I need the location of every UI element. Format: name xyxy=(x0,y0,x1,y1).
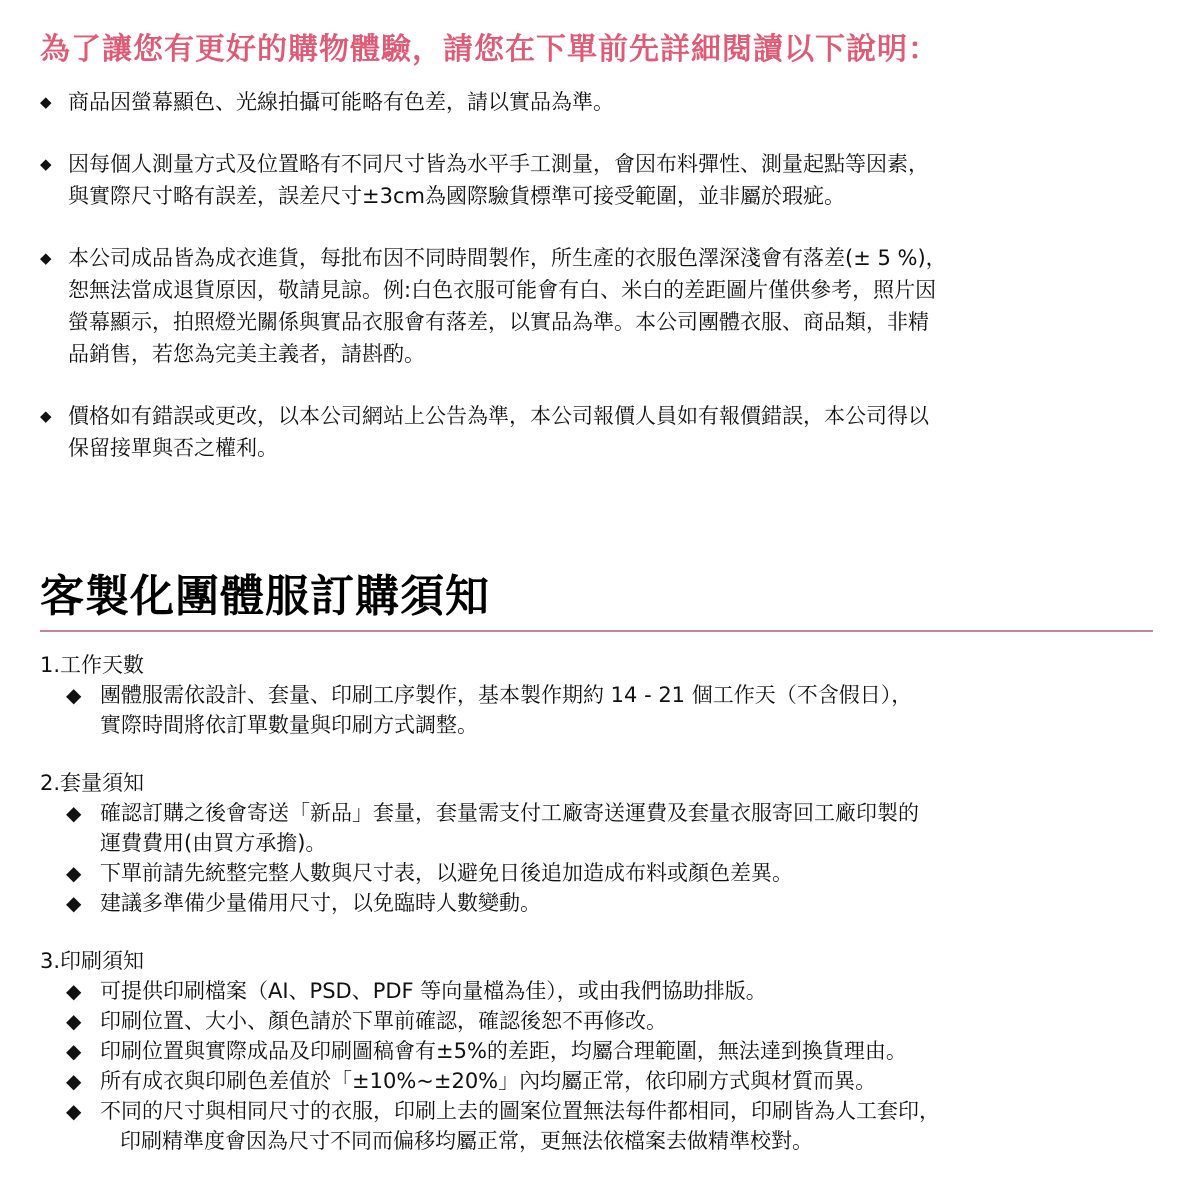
notice-text: 本公司成品皆為成衣進貨，每批布因不同時間製作，所生產的衣服色澤深淺會有落差(± … xyxy=(68,242,1150,274)
group-item: ◆ 印刷位置與實際成品及印刷圖稿會有±5%的差距，均屬合理範圍，無法達到換貨理由… xyxy=(40,1036,1150,1066)
notice-item-measurement: ◆ 因每個人測量方式及位置略有不同尺寸皆為水平手工測量，會因布料彈性、測量起點等… xyxy=(40,148,1150,212)
group-working-days: 1.工作天數 ◆ 團體服需依設計、套量、印刷工序製作，基本製作期約 14 - 2… xyxy=(40,650,1150,740)
group-item-text: 可提供印刷檔案（AI、PSD、PDF 等向量檔為佳），或由我們協助排版。 xyxy=(100,976,1150,1006)
notice-item-color: ◆ 商品因螢幕顯色、光線拍攝可能略有色差，請以實品為準。 xyxy=(40,86,1150,118)
group-item: ◆ 建議多準備少量備用尺寸，以免臨時人數變動。 xyxy=(40,888,1150,918)
group-item: ◆ 所有成衣與印刷色差值於「±10%~±20%」內均屬正常，依印刷方式與材質而異… xyxy=(40,1066,1150,1096)
group-item-text: 下單前請先統整完整人數與尺寸表，以避免日後追加造成布料或顏色差異。 xyxy=(100,858,1150,888)
diamond-bullet-icon: ◆ xyxy=(40,86,52,118)
group-title: 2.套量須知 xyxy=(40,768,1150,798)
group-item-text: 印刷精準度會因為尺寸不同而偏移均屬正常，更無法依檔案去做精準校對。 xyxy=(100,1126,1150,1156)
diamond-bullet-icon: ◆ xyxy=(40,148,52,180)
group-item: ◆ 確認訂購之後會寄送「新品」套量，套量需支付工廠寄送運費及套量衣服寄回工廠印製… xyxy=(40,798,1150,858)
group-item: ◆ 不同的尺寸與相同尺寸的衣服，印刷上去的圖案位置無法每件都相同，印刷皆為人工套… xyxy=(40,1096,1150,1156)
notice-text: 品銷售，若您為完美主義者，請斟酌。 xyxy=(68,338,1150,370)
notice-text: 價格如有錯誤或更改，以本公司網站上公告為準，本公司報價人員如有報價錯誤，本公司得… xyxy=(68,400,1150,432)
group-title: 1.工作天數 xyxy=(40,650,1150,680)
notice-text: 螢幕顯示，拍照燈光關係與實品衣服會有落差，以實品為準。本公司團體衣服、商品類，非… xyxy=(68,306,1150,338)
group-item: ◆ 下單前請先統整完整人數與尺寸表，以避免日後追加造成布料或顏色差異。 xyxy=(40,858,1150,888)
diamond-bullet-icon: ◆ xyxy=(66,888,81,918)
notice-text: 因每個人測量方式及位置略有不同尺寸皆為水平手工測量，會因布料彈性、測量起點等因素… xyxy=(68,148,1150,180)
group-item-text: 實際時間將依訂單數量與印刷方式調整。 xyxy=(100,710,1150,740)
group-item-text: 所有成衣與印刷色差值於「±10%~±20%」內均屬正常，依印刷方式與材質而異。 xyxy=(100,1066,1150,1096)
group-item-text: 團體服需依設計、套量、印刷工序製作，基本製作期約 14 - 21 個工作天（不含… xyxy=(100,680,1150,710)
group-item-text: 確認訂購之後會寄送「新品」套量，套量需支付工廠寄送運費及套量衣服寄回工廠印製的 xyxy=(100,798,1150,828)
notice-title: 為了讓您有更好的購物體驗，請您在下單前先詳細閱讀以下說明： xyxy=(40,24,939,68)
group-item: ◆ 團體服需依設計、套量、印刷工序製作，基本製作期約 14 - 21 個工作天（… xyxy=(40,680,1150,740)
group-item: ◆ 印刷位置、大小、顏色請於下單前確認，確認後恕不再修改。 xyxy=(40,1006,1150,1036)
group-item-text: 運費費用(由買方承擔)。 xyxy=(100,828,1150,858)
custom-order-groups: 1.工作天數 ◆ 團體服需依設計、套量、印刷工序製作，基本製作期約 14 - 2… xyxy=(40,650,1150,1181)
diamond-bullet-icon: ◆ xyxy=(66,680,81,710)
diamond-bullet-icon: ◆ xyxy=(66,858,81,888)
diamond-bullet-icon: ◆ xyxy=(66,976,81,1006)
notice-text: 恕無法當成退貨原因，敬請見諒。例:白色衣服可能會有白、米白的差距圖片僅供參考，照… xyxy=(68,274,1150,306)
group-title: 3.印刷須知 xyxy=(40,946,1150,976)
notice-text: 商品因螢幕顯色、光線拍攝可能略有色差，請以實品為準。 xyxy=(68,86,1150,118)
diamond-bullet-icon: ◆ xyxy=(66,1096,81,1126)
group-item-text: 不同的尺寸與相同尺寸的衣服，印刷上去的圖案位置無法每件都相同，印刷皆為人工套印， xyxy=(100,1096,1150,1126)
group-printing: 3.印刷須知 ◆ 可提供印刷檔案（AI、PSD、PDF 等向量檔為佳），或由我們… xyxy=(40,946,1150,1156)
notice-item-pricing: ◆ 價格如有錯誤或更改，以本公司網站上公告為準，本公司報價人員如有報價錯誤，本公… xyxy=(40,400,1150,464)
section-divider xyxy=(40,630,1153,632)
notice-text: 與實際尺寸略有誤差，誤差尺寸±3cm為國際驗貨標準可接受範圍，並非屬於瑕疵。 xyxy=(68,180,1150,212)
diamond-bullet-icon: ◆ xyxy=(66,1006,81,1036)
group-item-text: 印刷位置與實際成品及印刷圖稿會有±5%的差距，均屬合理範圍，無法達到換貨理由。 xyxy=(100,1036,1150,1066)
diamond-bullet-icon: ◆ xyxy=(66,798,81,828)
section-title: 客製化團體服訂購須知 xyxy=(40,560,490,624)
diamond-bullet-icon: ◆ xyxy=(66,1066,81,1096)
diamond-bullet-icon: ◆ xyxy=(40,242,52,274)
diamond-bullet-icon: ◆ xyxy=(40,400,52,432)
group-item-text: 建議多準備少量備用尺寸，以免臨時人數變動。 xyxy=(100,888,1150,918)
notice-item-batch-variance: ◆ 本公司成品皆為成衣進貨，每批布因不同時間製作，所生產的衣服色澤深淺會有落差(… xyxy=(40,242,1150,370)
group-item: ◆ 可提供印刷檔案（AI、PSD、PDF 等向量檔為佳），或由我們協助排版。 xyxy=(40,976,1150,1006)
group-item-text: 印刷位置、大小、顏色請於下單前確認，確認後恕不再修改。 xyxy=(100,1006,1150,1036)
notice-text: 保留接單與否之權利。 xyxy=(68,432,1150,464)
diamond-bullet-icon: ◆ xyxy=(66,1036,81,1066)
notice-list: ◆ 商品因螢幕顯色、光線拍攝可能略有色差，請以實品為準。 ◆ 因每個人測量方式及… xyxy=(40,86,1150,494)
group-sizing-samples: 2.套量須知 ◆ 確認訂購之後會寄送「新品」套量，套量需支付工廠寄送運費及套量衣… xyxy=(40,768,1150,918)
